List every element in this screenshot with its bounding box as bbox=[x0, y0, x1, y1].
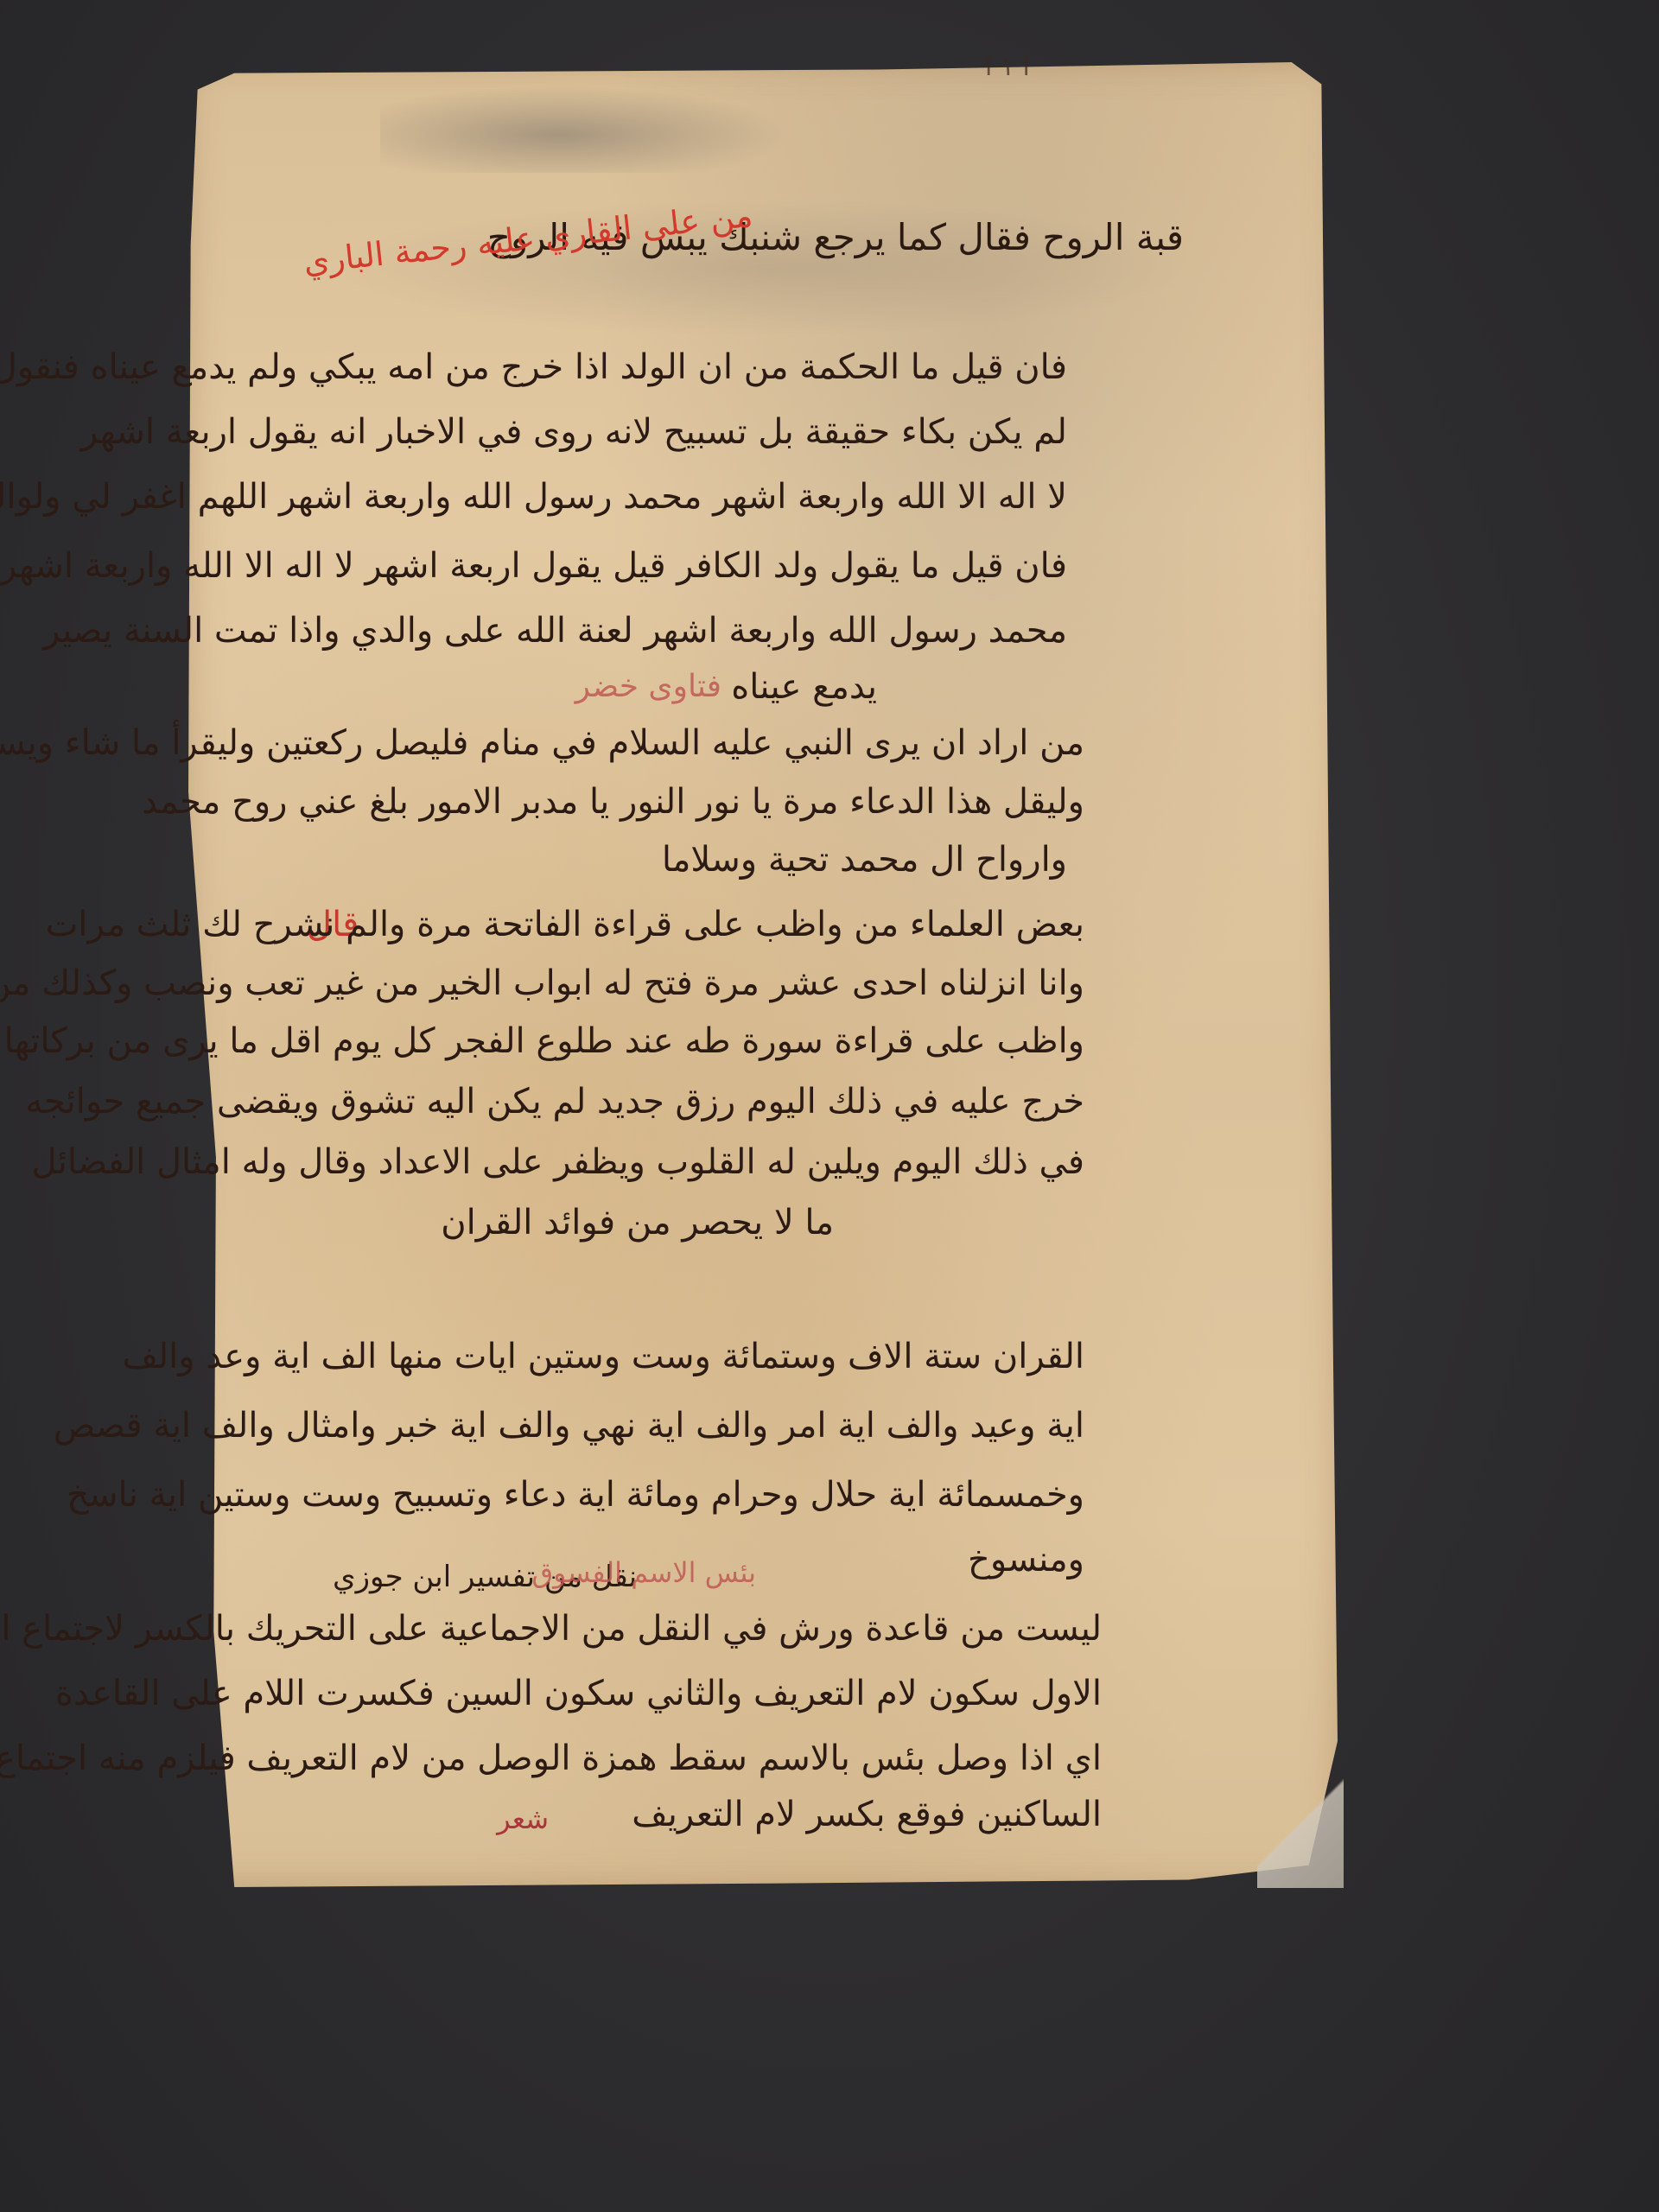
text-line: اية وعيد والف اية امر والف اية نهي والف … bbox=[54, 1400, 1084, 1452]
text-line: فان قيل ما يقول ولد الكافر قيل يقول اربع… bbox=[0, 540, 1067, 592]
text-line: يدمع عيناه bbox=[731, 661, 877, 713]
text-line: ما لا يحصر من فوائد القران bbox=[441, 1197, 834, 1249]
text-line: وانا انزلناه احدى عشر مرة فتح له ابواب ا… bbox=[0, 957, 1084, 1009]
text-line: واظب على قراءة سورة طه عند طلوع الفجر كل… bbox=[0, 1015, 1084, 1067]
text-line: القران ستة الاف وستمائة وست وستين ايات م… bbox=[122, 1331, 1084, 1382]
text-line: فان قيل ما الحكمة من ان الولد اذا خرج من… bbox=[0, 341, 1067, 393]
section-2: من اراد ان يرى النبي عليه السلام في منام… bbox=[307, 717, 1084, 890]
text-line: من اراد ان يرى النبي عليه السلام في منام… bbox=[0, 717, 1084, 769]
text-line: الاول سكون لام التعريف والثاني سكون السي… bbox=[55, 1668, 1102, 1719]
text-line: الساكنين فوقع بكسر لام التعريف bbox=[632, 1789, 1102, 1840]
section-5: بئس الاسم الفسوق ليست من قاعدة ورش في ال… bbox=[298, 1547, 1102, 1840]
torn-corner bbox=[1257, 1763, 1344, 1888]
ink-stain-top bbox=[380, 78, 829, 173]
section-1: فان قيل ما الحكمة من ان الولد اذا خرج من… bbox=[307, 341, 1067, 704]
text-line: ليست من قاعدة ورش في النقل من الاجماعية … bbox=[0, 1603, 1102, 1655]
section-3: قال بعض العلماء من واظب على قراءة الفاتح… bbox=[307, 899, 1084, 1262]
rubric-note: فتاوى خضر bbox=[575, 661, 721, 713]
top-margin-marks: ا ۱ ا bbox=[985, 52, 1030, 82]
text-line: بعض العلماء من واظب على قراءة الفاتحة مر… bbox=[46, 899, 1084, 950]
text-line: وارواح ال محمد تحية وسلاما bbox=[662, 834, 1067, 886]
text-line: لا اله الا الله واربعة اشهر محمد رسول ال… bbox=[0, 471, 1067, 523]
text-line: وخمسمائة اية حلال وحرام ومائة اية دعاء و… bbox=[67, 1469, 1084, 1521]
text-line: اي اذا وصل بئس بالاسم سقط همزة الوصل من … bbox=[0, 1732, 1102, 1784]
text-line: وليقل هذا الدعاء مرة يا نور النور يا مدب… bbox=[142, 776, 1084, 828]
page-heading: قبة الروح فقال كما يرجع شنبك يبس فيه الر… bbox=[302, 216, 1184, 294]
text-line: خرج عليه في ذلك اليوم رزق جديد لم يكن ال… bbox=[25, 1076, 1084, 1128]
rubric-label: بئس الاسم الفسوق bbox=[531, 1547, 756, 1599]
closing-rubric: شعر bbox=[497, 1793, 549, 1845]
text-line: في ذلك اليوم ويلين له القلوب ويظفر على ا… bbox=[31, 1136, 1084, 1188]
text-line: محمد رسول الله واربعة اشهر لعنة الله على… bbox=[43, 605, 1067, 657]
text-line: لم يكن بكاء حقيقة بل تسبيح لانه روى في ا… bbox=[81, 406, 1067, 458]
